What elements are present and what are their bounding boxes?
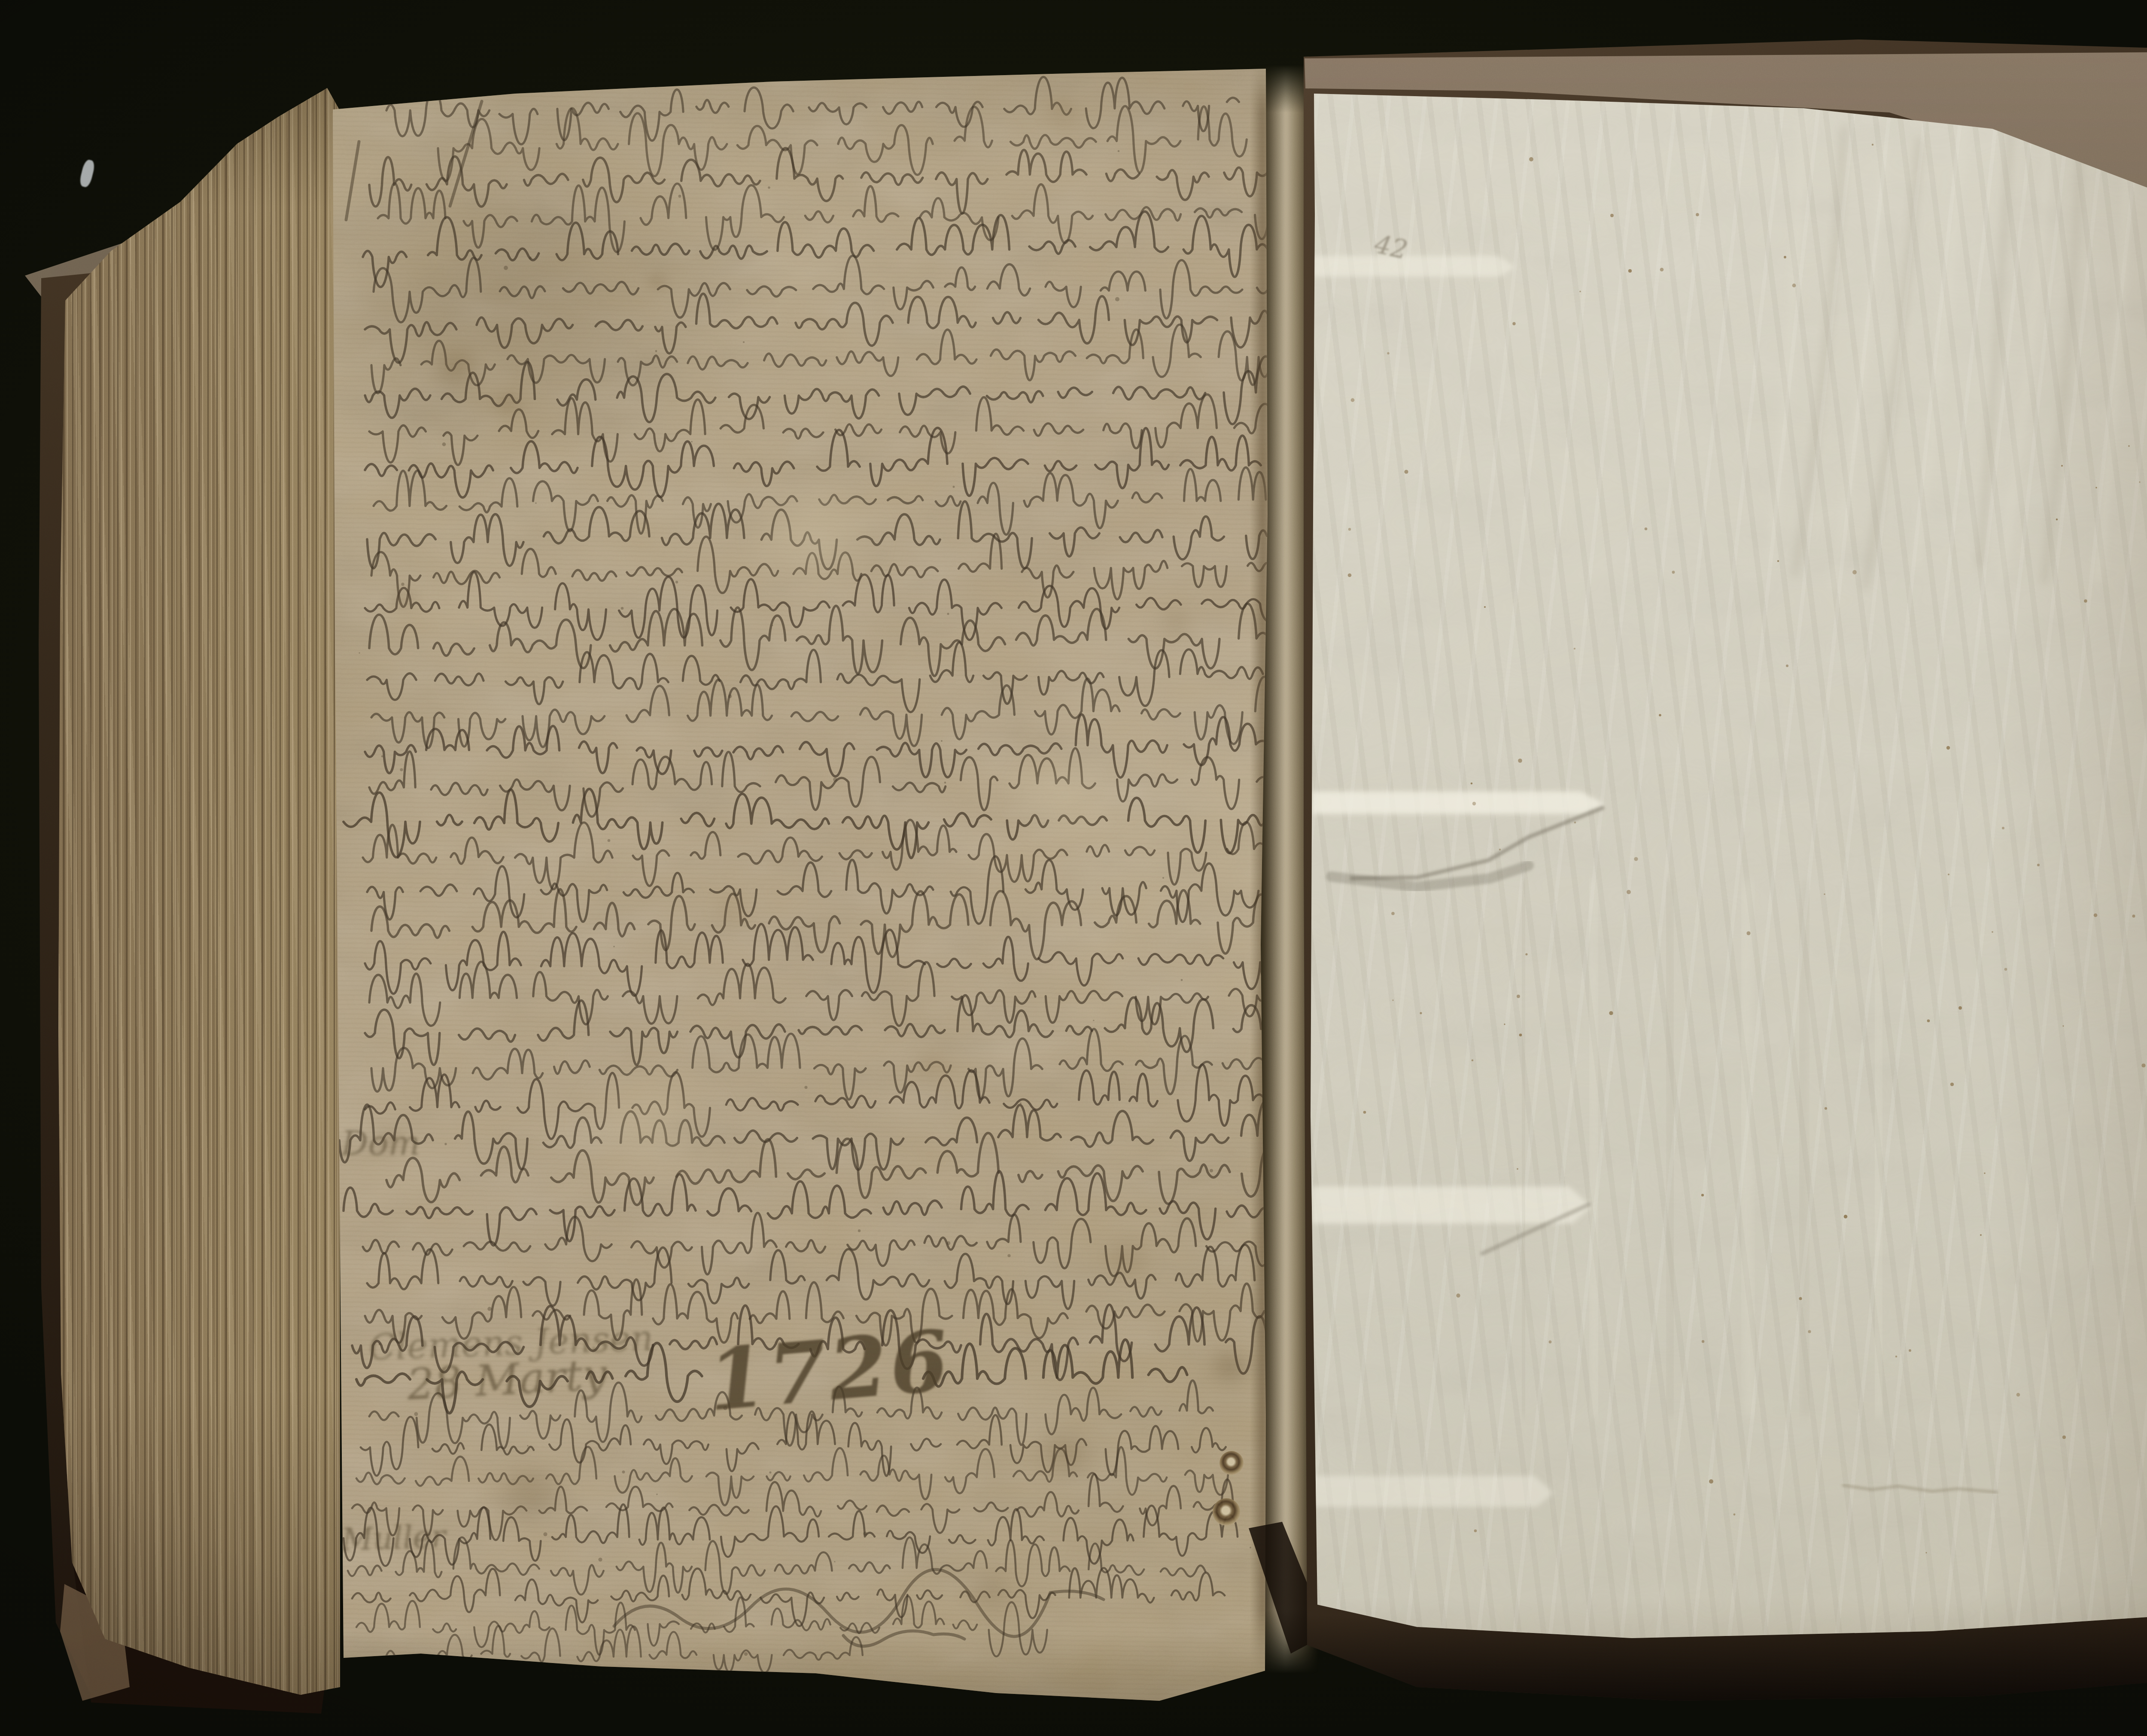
photo-vignette — [0, 0, 2147, 1736]
archival-book-photo: Clemens Jensen28 Marty1726DomMuller 42 — [0, 0, 2147, 1736]
